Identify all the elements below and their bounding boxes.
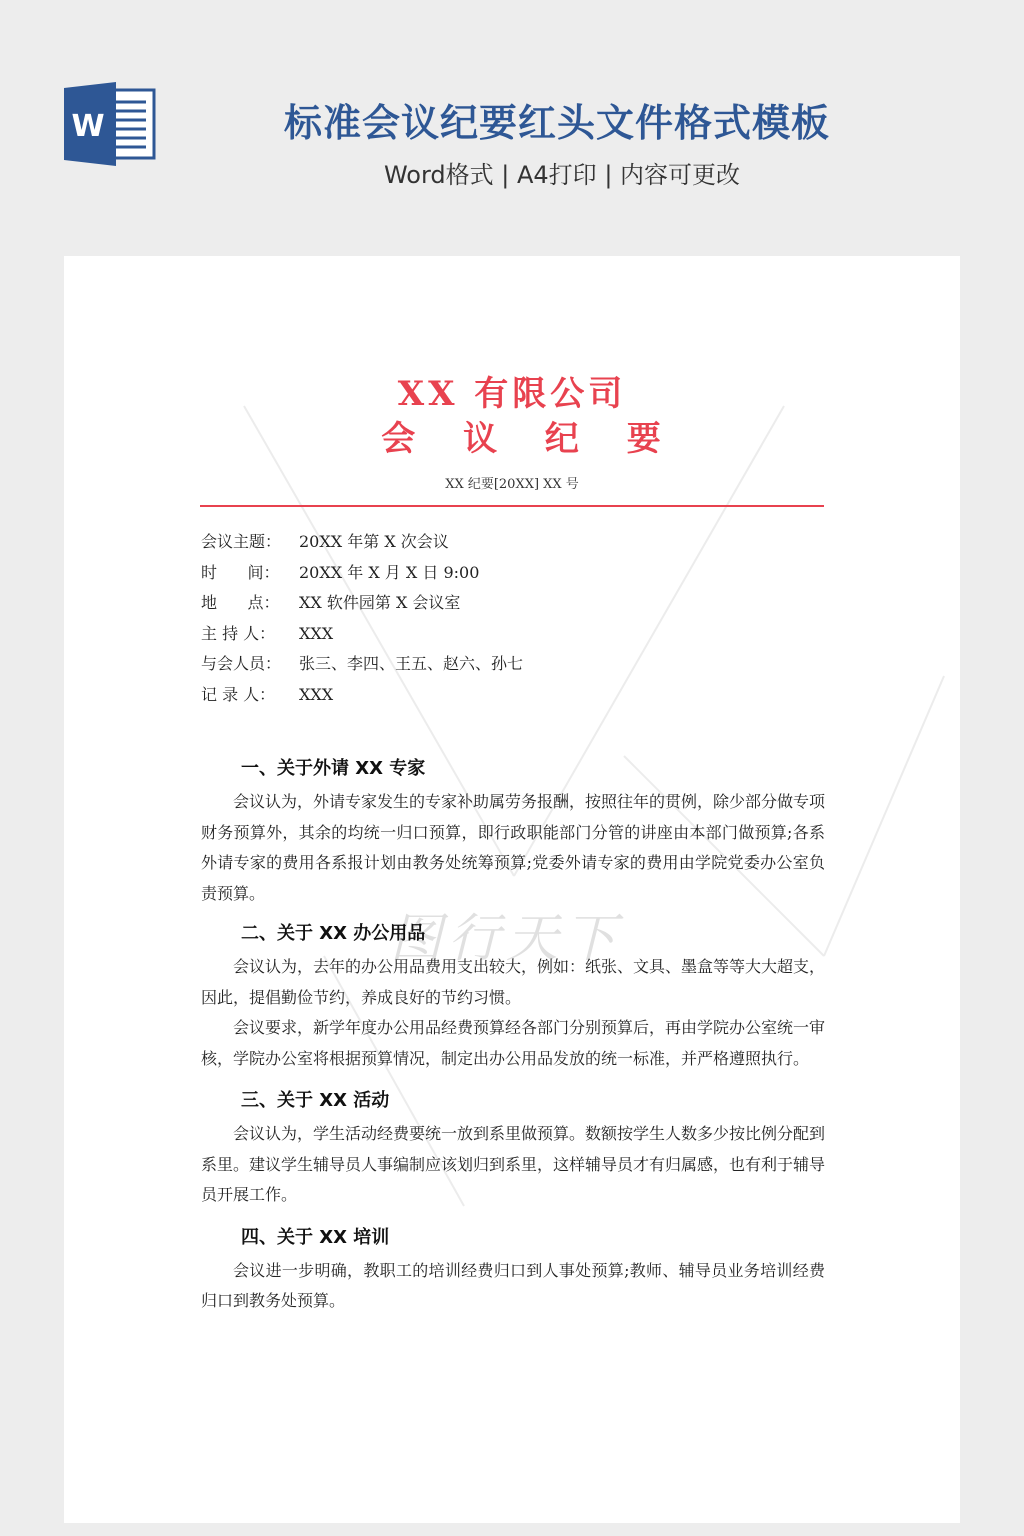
info-label: 会议主题： bbox=[201, 527, 299, 558]
info-value: 20XX 年第 X 次会议 bbox=[299, 527, 449, 558]
section-title: 一、关于外请 XX 专家 bbox=[201, 751, 825, 787]
meeting-info: 会议主题： 20XX 年第 X 次会议 时 间： 20XX 年 X 月 X 日 … bbox=[201, 527, 523, 710]
section-paragraph: 会议认为，学生活动经费要统一放到系里做预算。数额按学生人数多少按比例分配到系里。… bbox=[201, 1119, 825, 1211]
info-label: 与会人员： bbox=[201, 649, 299, 680]
red-header-rule bbox=[200, 505, 824, 507]
company-name: XX 有限公司 bbox=[64, 366, 960, 415]
template-subtitle: Word格式 | A4打印 | 内容可更改 bbox=[0, 155, 1024, 190]
section-paragraph: 会议进一步明确，教职工的培训经费归口到人事处预算;教师、辅导员业务培训经费归口到… bbox=[201, 1256, 825, 1317]
info-value: XXX bbox=[299, 680, 333, 711]
info-label: 时 间： bbox=[201, 558, 299, 589]
template-banner: W 标准会议纪要红头文件格式模板 Word格式 | A4打印 | 内容可更改 bbox=[0, 0, 1024, 256]
info-value: XX 软件园第 X 会议室 bbox=[299, 588, 460, 619]
info-row-location: 地 点： XX 软件园第 X 会议室 bbox=[201, 588, 523, 619]
document-page: 图行天下 XX 有限公司 会 议 纪 要 XX 纪要[20XX] XX 号 会议… bbox=[64, 256, 960, 1523]
document-number: XX 纪要[20XX] XX 号 bbox=[64, 473, 960, 492]
info-row-attendees: 与会人员： 张三、李四、王五、赵六、孙七 bbox=[201, 649, 523, 680]
info-value: 20XX 年 X 月 X 日 9:00 bbox=[299, 558, 479, 589]
section-title: 二、关于 XX 办公用品 bbox=[201, 916, 825, 952]
info-label: 地 点： bbox=[201, 588, 299, 619]
info-label: 记 录 人： bbox=[201, 680, 299, 711]
section-title: 四、关于 XX 培训 bbox=[201, 1220, 825, 1256]
info-row-time: 时 间： 20XX 年 X 月 X 日 9:00 bbox=[201, 558, 523, 589]
info-row-topic: 会议主题： 20XX 年第 X 次会议 bbox=[201, 527, 523, 558]
section-title: 三、关于 XX 活动 bbox=[201, 1083, 825, 1119]
info-value: XXX bbox=[299, 619, 333, 650]
info-value: 张三、李四、王五、赵六、孙七 bbox=[299, 649, 523, 680]
info-row-recorder: 记 录 人： XXX bbox=[201, 680, 523, 711]
minutes-body: 一、关于外请 XX 专家 会议认为，外请专家发生的专家补助属劳务报酬，按照往年的… bbox=[201, 751, 825, 1317]
template-title: 标准会议纪要红头文件格式模板 bbox=[0, 92, 1024, 147]
document-type-title: 会 议 纪 要 bbox=[64, 411, 960, 460]
section-paragraph: 会议要求，新学年度办公用品经费预算经各部门分别预算后，再由学院办公室统一审核，学… bbox=[201, 1013, 825, 1074]
section-paragraph: 会议认为，去年的办公用品费用支出较大，例如：纸张、文具、墨盒等等大大超支，因此，… bbox=[201, 952, 825, 1013]
section-paragraph: 会议认为，外请专家发生的专家补助属劳务报酬，按照往年的贯例，除少部分做专项财务预… bbox=[201, 787, 825, 909]
info-row-host: 主 持 人： XXX bbox=[201, 619, 523, 650]
info-label: 主 持 人： bbox=[201, 619, 299, 650]
